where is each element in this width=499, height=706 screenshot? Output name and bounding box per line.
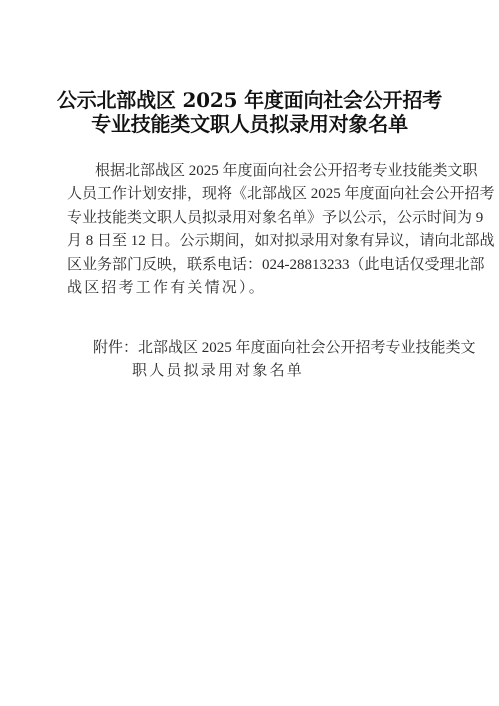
body-paragraph-line-5: 区业务部门反映，联系电话：024-28813233（此电话仅受理北部 xyxy=(67,255,436,275)
body-paragraph-line-3: 专业技能类文职人员拟录用对象名单》予以公示，公示时间为 9 xyxy=(67,208,436,228)
attachment-line-1: 附件：北部战区 2025 年度面向社会公开招考专业技能类文 xyxy=(93,338,435,358)
body-paragraph-line-2: 人员工作计划安排，现将《北部战区 2025 年度面向社会公开招考 xyxy=(67,184,436,204)
body-paragraph-line-6: 战区招考工作有关情况）。 xyxy=(67,278,436,298)
body-paragraph-line-1: 根据北部战区 2025 年度面向社会公开招考专业技能类文职 xyxy=(95,161,436,181)
body-paragraph-line-4: 月 8 日至 12 日。公示期间，如对拟录用对象有异议，请向北部战 xyxy=(67,231,436,251)
attachment-line-2: 职人员拟录用对象名单 xyxy=(132,361,332,381)
document-page: 公示北部战区 2025 年度面向社会公开招考 专业技能类文职人员拟录用对象名单 … xyxy=(0,0,499,706)
document-title-line-1: 公示北部战区 2025 年度面向社会公开招考 xyxy=(0,89,499,112)
document-title-line-2: 专业技能类文职人员拟录用对象名单 xyxy=(0,113,499,136)
